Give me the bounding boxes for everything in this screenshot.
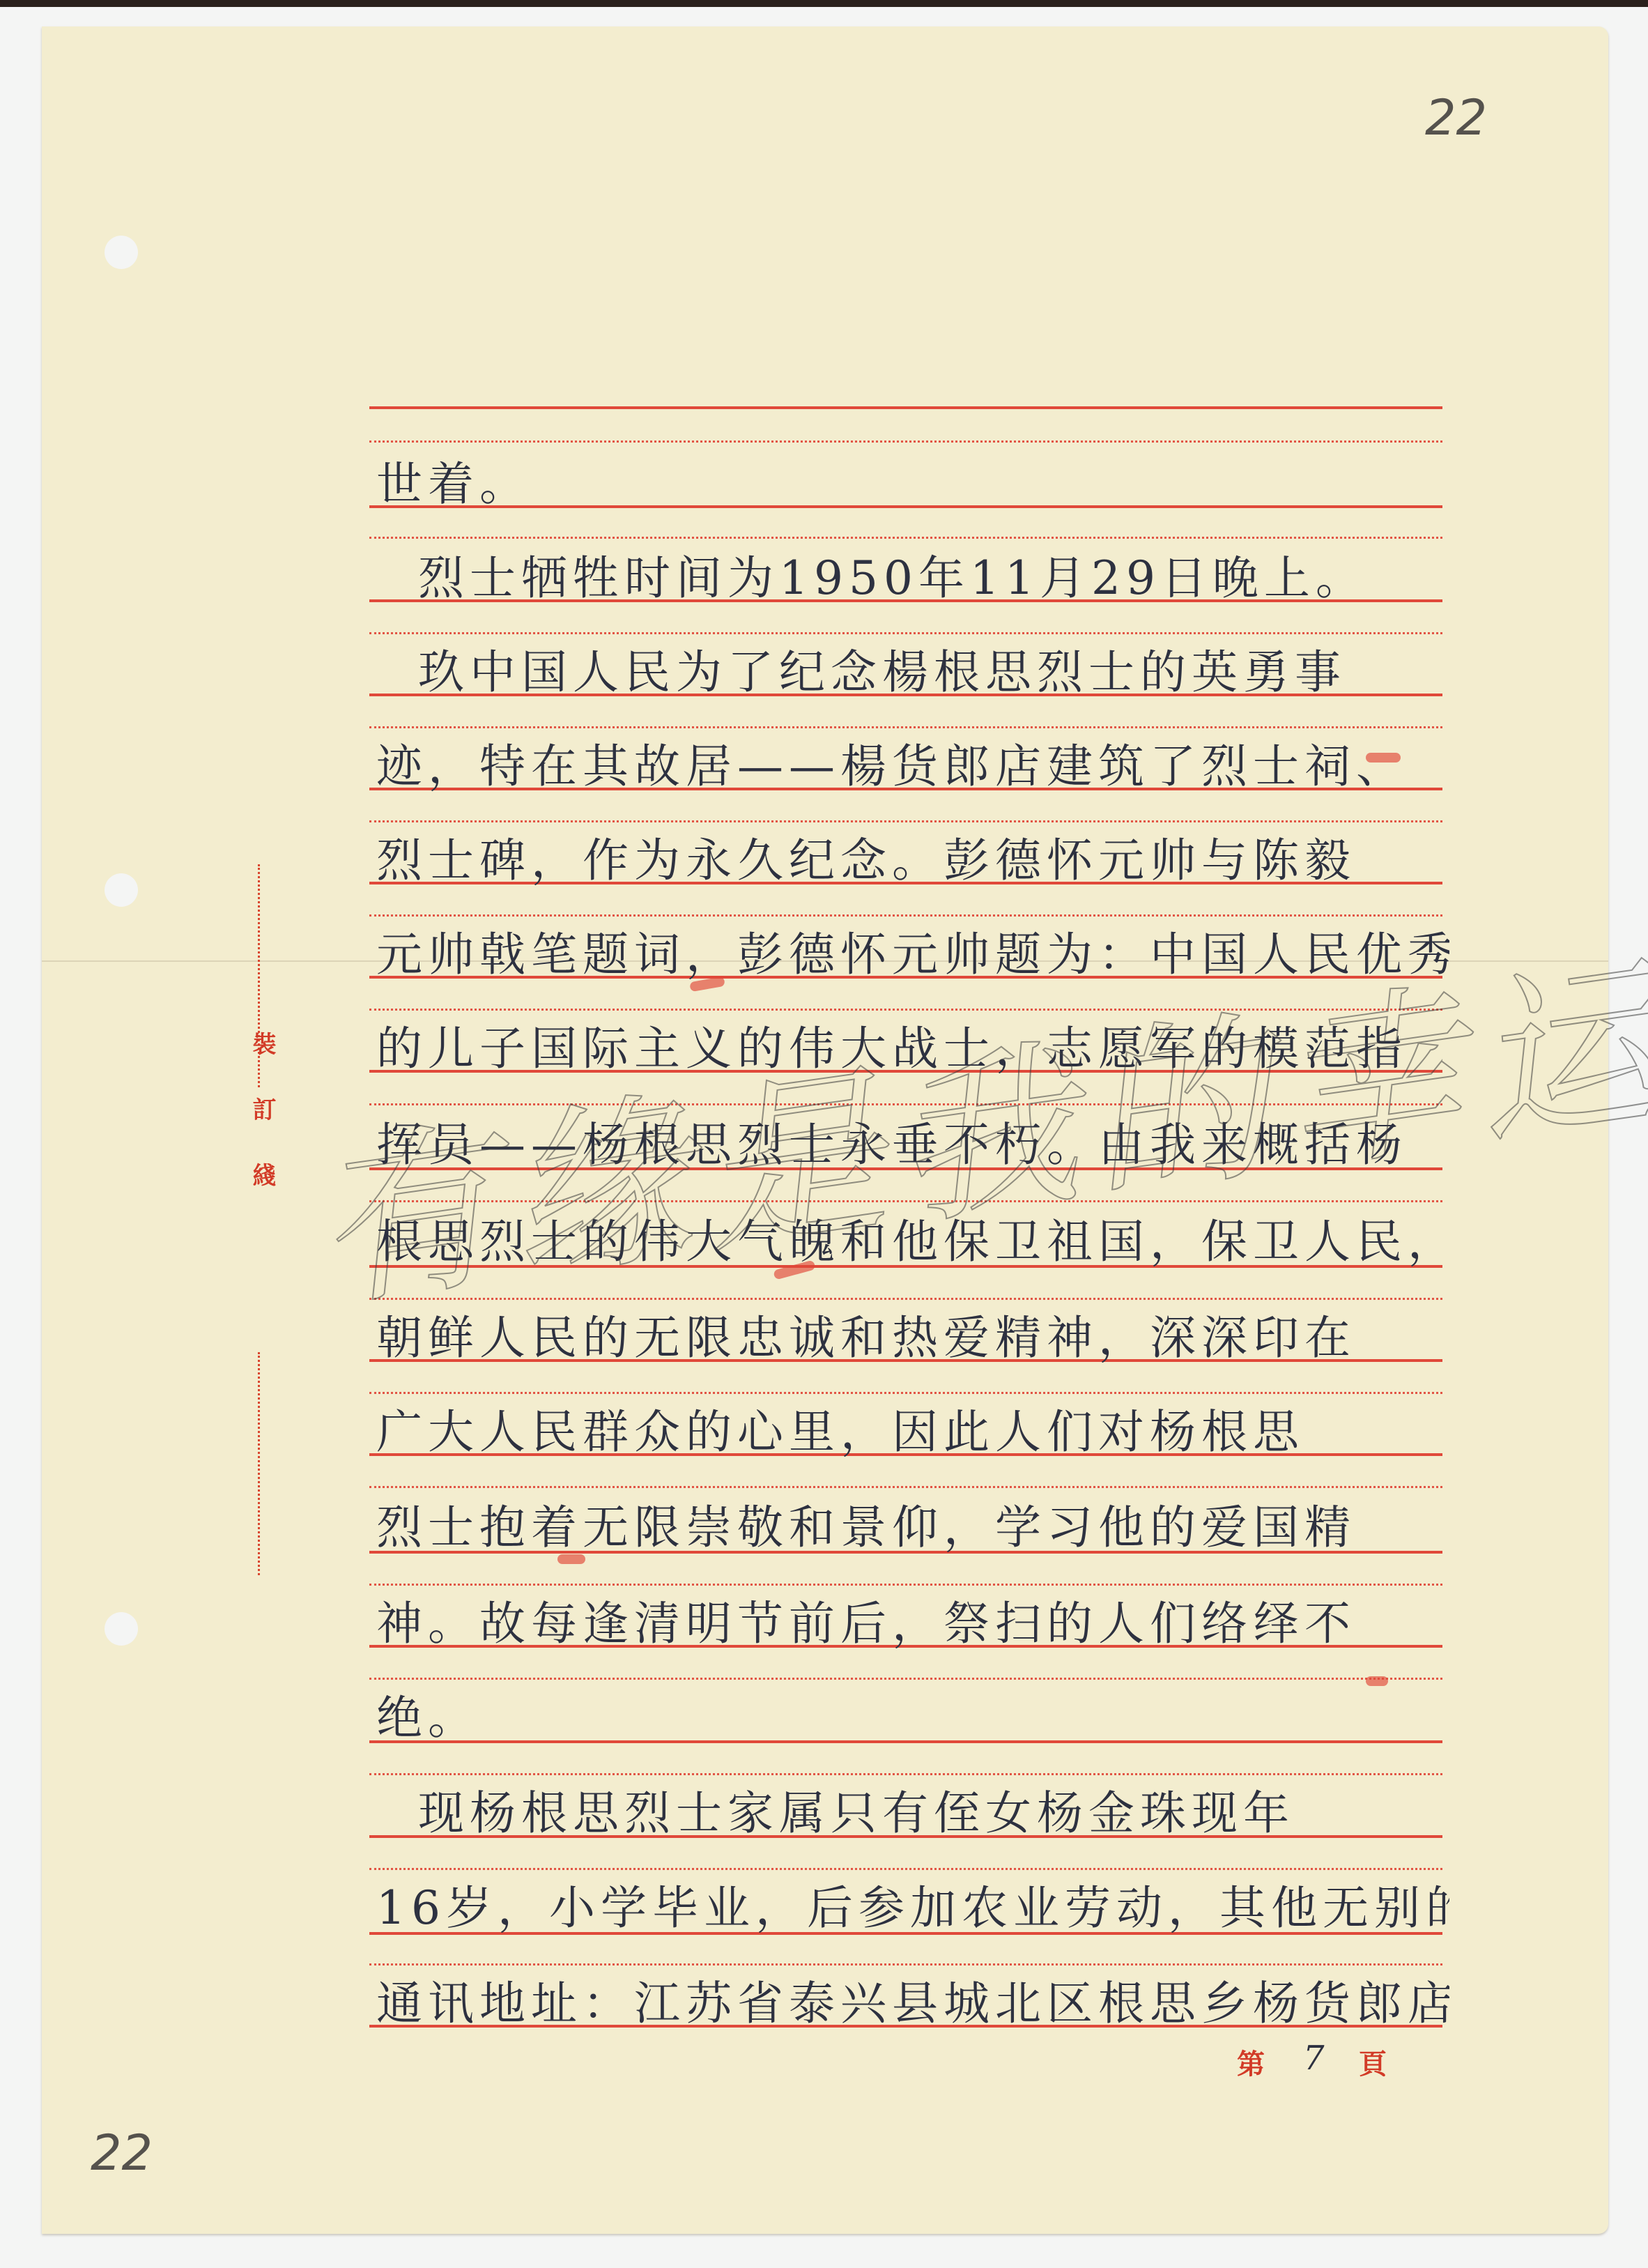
text-line-1: 世着。 bbox=[376, 446, 1449, 523]
archive-number-bottom: 22 bbox=[91, 2124, 153, 2182]
text-line-12: 烈士抱着无限崇敬和景仰，学习他的爱国精 bbox=[376, 1489, 1449, 1566]
punch-hole-middle bbox=[105, 873, 138, 907]
red-correction-mark bbox=[557, 1554, 585, 1564]
punch-hole-top bbox=[105, 236, 138, 269]
binding-dotted-line-lower bbox=[258, 1352, 260, 1575]
text-line-16: 16岁，小学毕业，后参加农业劳动，其他无别的亲人。 bbox=[376, 1870, 1449, 1947]
archive-number-top: 22 bbox=[1425, 89, 1487, 146]
page-label-suffix: 頁 bbox=[1359, 2042, 1387, 2082]
page-number-handwritten: 7 bbox=[1303, 2039, 1325, 2078]
text-line-5: 烈士碑，作为永久纪念。彭德怀元帅与陈毅 bbox=[376, 822, 1449, 899]
binding-margin-label: 裝訂綫 bbox=[245, 1032, 279, 1352]
text-line-2: 烈士牺牲时间为1950年11月29日晚上。 bbox=[418, 540, 1491, 617]
text-line-17: 通讯地址：江苏省泰兴县城北区根思乡杨货郎店。 bbox=[376, 1966, 1449, 2042]
rule-top-solid bbox=[369, 406, 1442, 409]
rule-dotted bbox=[369, 440, 1442, 443]
rule-dotted bbox=[369, 1486, 1442, 1488]
red-correction-mark bbox=[1366, 1676, 1388, 1686]
text-line-15: 现杨根思烈士家属只有侄女杨金珠现年 bbox=[418, 1775, 1491, 1852]
red-correction-mark bbox=[1366, 753, 1401, 763]
punch-hole-bottom bbox=[105, 1612, 138, 1646]
text-line-11: 广大人民群众的心里，因此人们对杨根思 bbox=[376, 1394, 1449, 1471]
text-line-13: 神。故每逢清明节前后，祭扫的人们络绎不 bbox=[376, 1586, 1449, 1662]
rule-dotted bbox=[369, 537, 1442, 539]
text-line-4: 迹，特在其故居——楊货郎店建筑了烈士祠、 bbox=[376, 728, 1449, 805]
page-label-prefix: 第 bbox=[1237, 2042, 1265, 2082]
text-line-3: 玖中国人民为了纪念楊根思烈士的英勇事 bbox=[418, 634, 1491, 711]
scanner-top-edge bbox=[0, 0, 1648, 7]
text-line-14: 绝。 bbox=[376, 1680, 1449, 1756]
